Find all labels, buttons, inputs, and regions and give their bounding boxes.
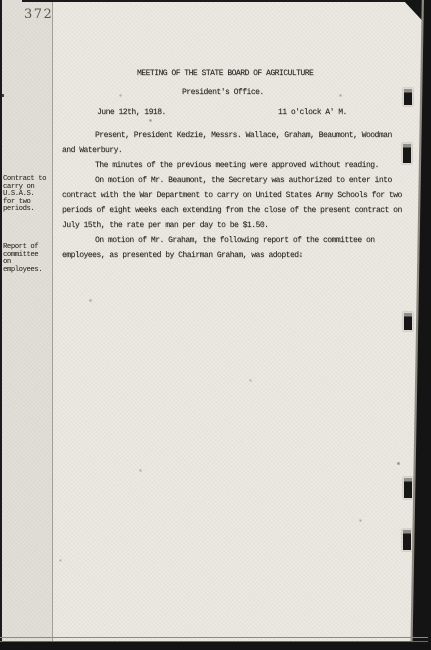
left-margin-strip xyxy=(2,0,52,650)
binding-mark xyxy=(402,529,412,551)
page-bottom-edge xyxy=(0,642,431,650)
page-number: 372 xyxy=(24,7,53,22)
paragraph-contract-motion: On motion of Mr. Beaumont, the Secretary… xyxy=(62,173,410,233)
paragraph-report-motion: On motion of Mr. Graham, the following r… xyxy=(62,233,410,263)
margin-note-contract: Contract to carry on U.S.A.S. for two pe… xyxy=(3,176,52,214)
meeting-time: 11 o'clock A' M. xyxy=(278,108,347,117)
office-subtitle: President's Office. xyxy=(182,88,264,97)
body-line: periods of eight weeks each extending fr… xyxy=(62,203,410,218)
body-line: On motion of Mr. Beaumont, the Secretary… xyxy=(62,173,410,188)
body-line: employees, as presented by Chairman Grah… xyxy=(62,248,410,263)
binding-mark xyxy=(403,312,413,331)
body-line: On motion of Mr. Graham, the following r… xyxy=(62,233,410,248)
margin-note-line: periods. xyxy=(3,206,52,214)
paper-texture xyxy=(0,0,431,650)
margin-note-line: employees. xyxy=(3,267,52,275)
body-line: and Waterbury. xyxy=(62,143,410,158)
binding-mark xyxy=(403,477,413,499)
margin-rule-line xyxy=(52,0,53,641)
binding-mark xyxy=(403,88,413,106)
minutes-body: Present, President Kedzie, Messrs. Walla… xyxy=(62,128,410,263)
paragraph-attendance: Present, President Kedzie, Messrs. Walla… xyxy=(62,128,410,158)
body-line: The minutes of the previous meeting were… xyxy=(62,158,410,173)
body-line: July 15th, the rate per man per day to b… xyxy=(62,218,410,233)
body-line: contract with the War Department to carr… xyxy=(62,188,410,203)
scanned-minutes-page: 372 MEETING OF THE STATE BOARD OF AGRICU… xyxy=(0,0,431,650)
meeting-date: June 12th, 1918. xyxy=(97,108,166,117)
paragraph-minutes-approved: The minutes of the previous meeting were… xyxy=(62,158,410,173)
body-line: Present, President Kedzie, Messrs. Walla… xyxy=(62,128,410,143)
page-top-edge xyxy=(22,0,431,2)
margin-note-report: Report of committee on employees. xyxy=(3,244,52,274)
meeting-title: MEETING OF THE STATE BOARD OF AGRICULTUR… xyxy=(137,69,313,78)
page-left-edge xyxy=(0,0,2,650)
binding-mark xyxy=(402,143,412,164)
